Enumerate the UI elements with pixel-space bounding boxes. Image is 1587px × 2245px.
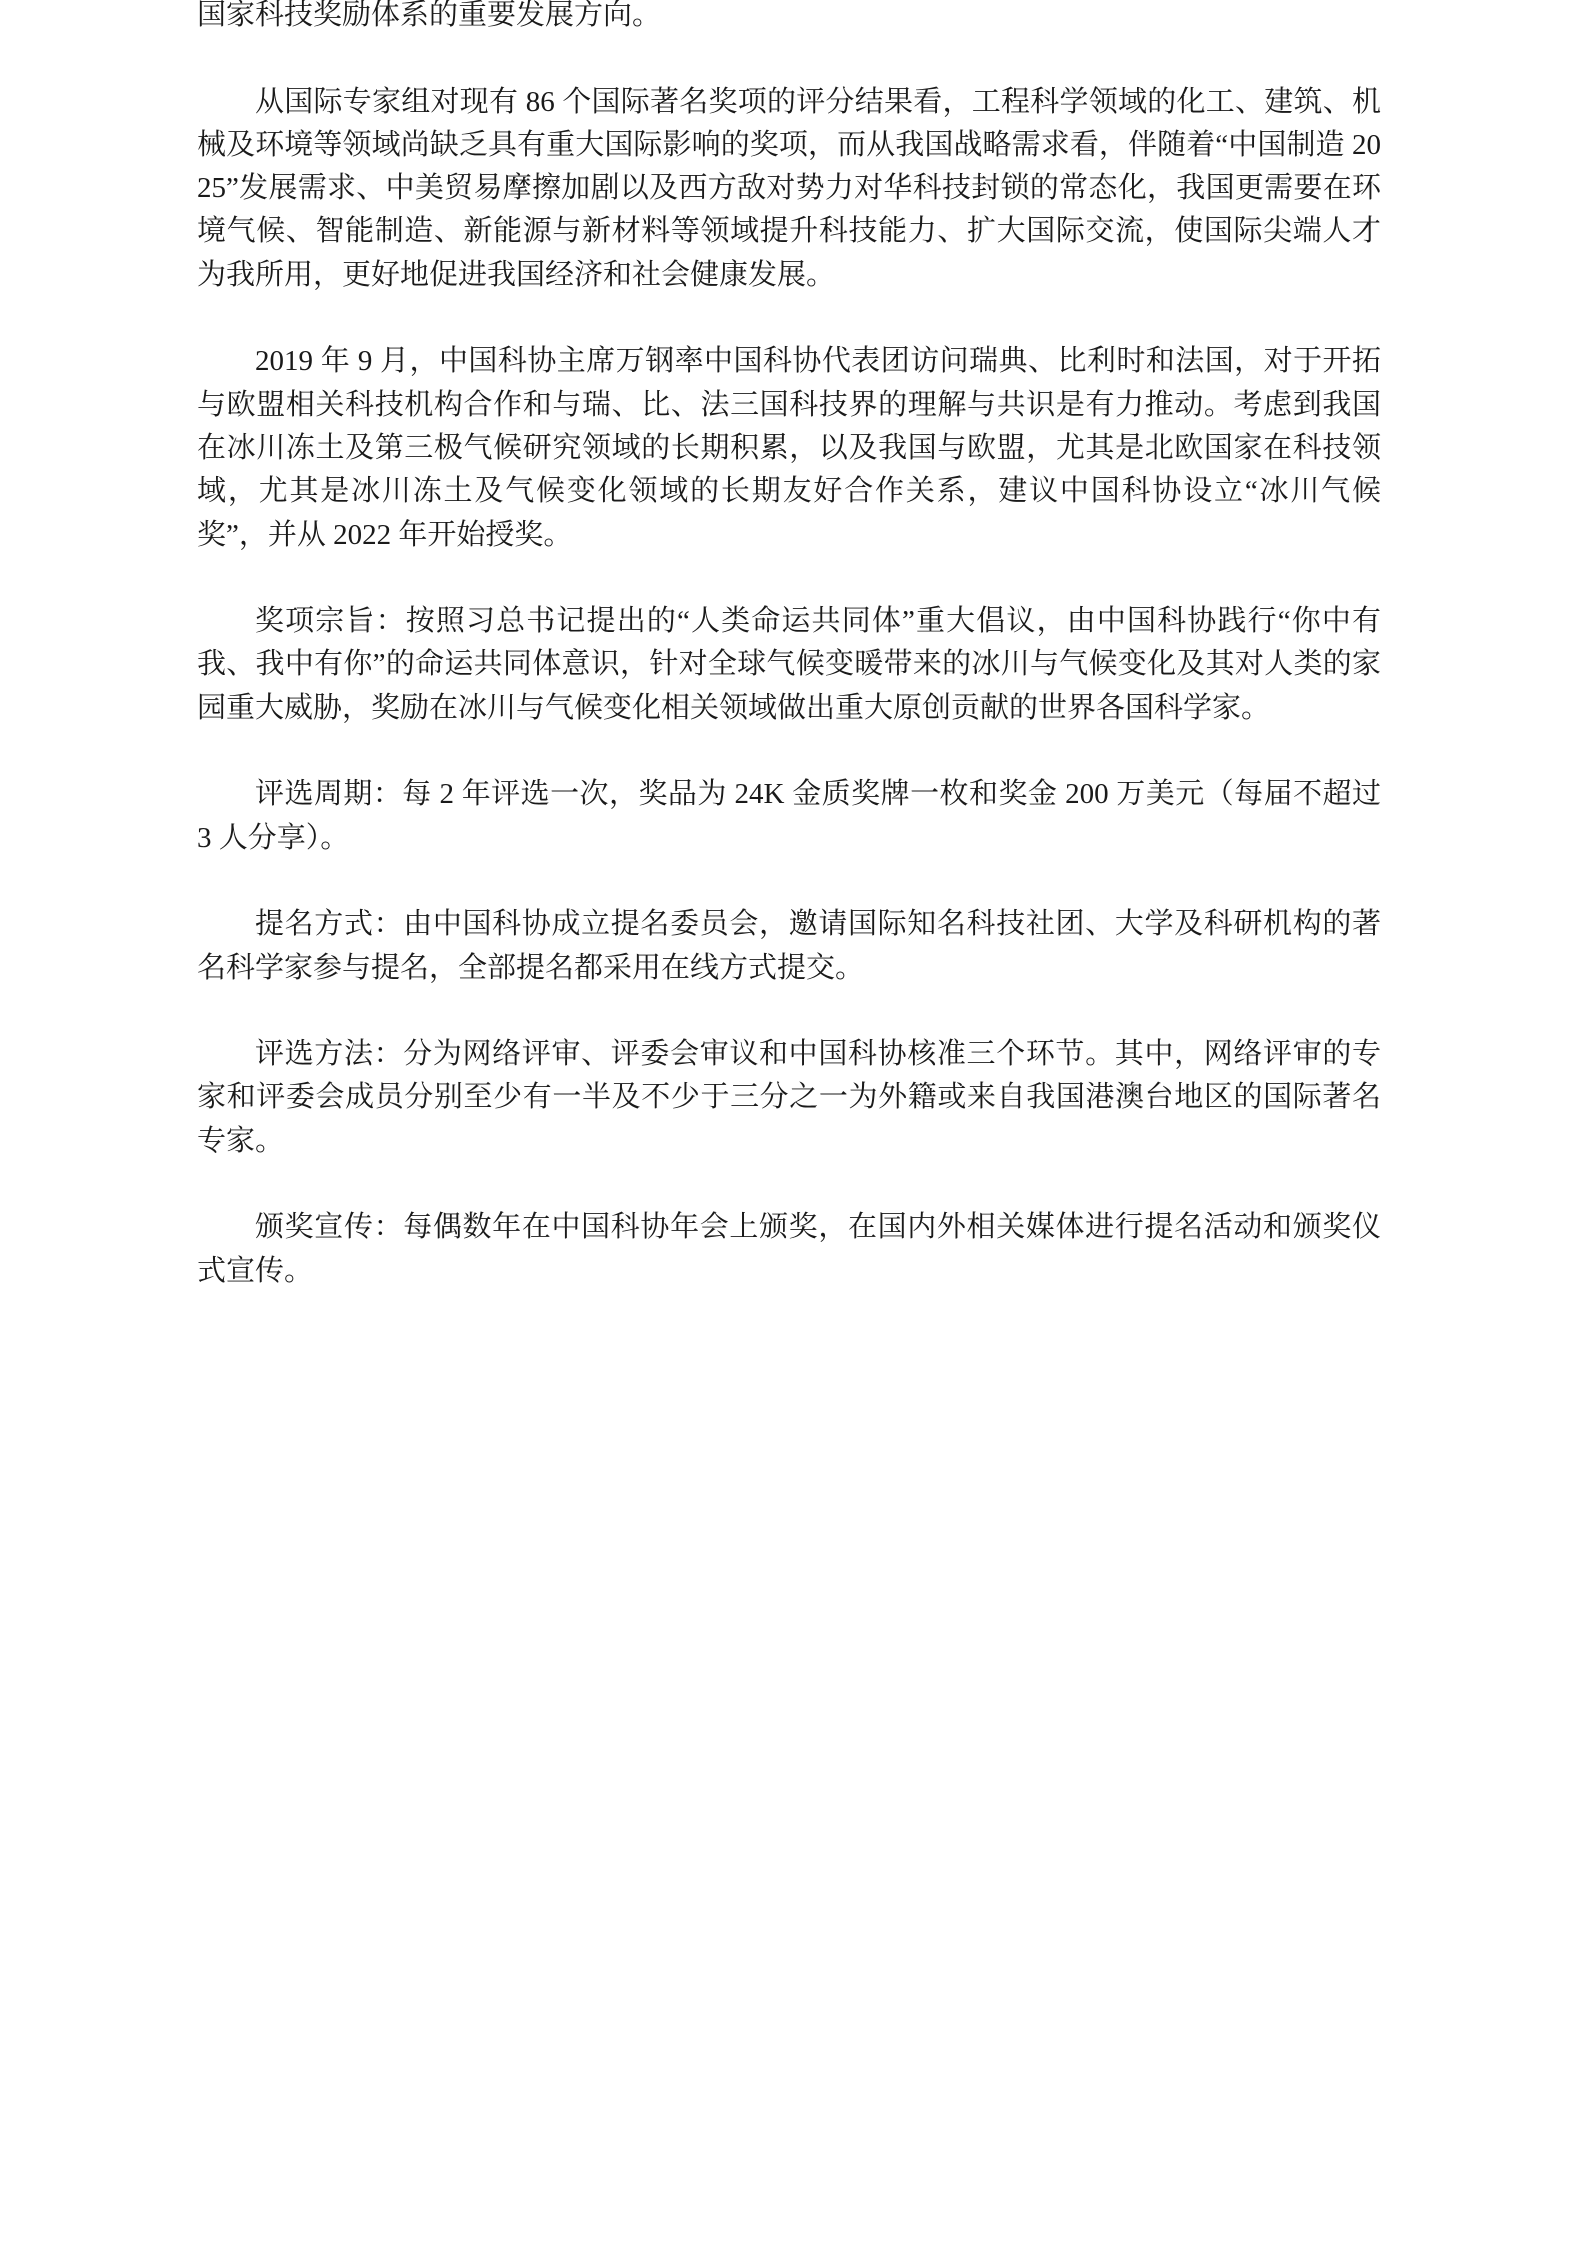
paragraph: 奖项宗旨：按照习总书记提出的“人类命运共同体”重大倡议，由中国科协践行“你中有我…	[197, 600, 1381, 730]
paragraph: 从国际专家组对现有 86 个国际著名奖项的评分结果看，工程科学领域的化工、建筑、…	[197, 81, 1381, 297]
paragraph: 评选周期：每 2 年评选一次，奖品为 24K 金质奖牌一枚和奖金 200 万美元…	[197, 773, 1381, 860]
paragraph: 评选方法：分为网络评审、评委会审议和中国科协核准三个环节。其中，网络评审的专家和…	[197, 1033, 1381, 1163]
document-body: 国家科技奖励体系的重要发展方向。 从国际专家组对现有 86 个国际著名奖项的评分…	[197, 0, 1381, 1293]
document-page: 国家科技奖励体系的重要发展方向。 从国际专家组对现有 86 个国际著名奖项的评分…	[0, 0, 1587, 2239]
paragraph: 2019 年 9 月，中国科协主席万钢率中国科协代表团访问瑞典、比利时和法国，对…	[197, 340, 1381, 556]
paragraph: 颁奖宣传：每偶数年在中国科协年会上颁奖，在国内外相关媒体进行提名活动和颁奖仪式宣…	[197, 1206, 1381, 1293]
paragraph: 提名方式：由中国科协成立提名委员会，邀请国际知名科技社团、大学及科研机构的著名科…	[197, 903, 1381, 990]
paragraph: 国家科技奖励体系的重要发展方向。	[197, 0, 1381, 37]
